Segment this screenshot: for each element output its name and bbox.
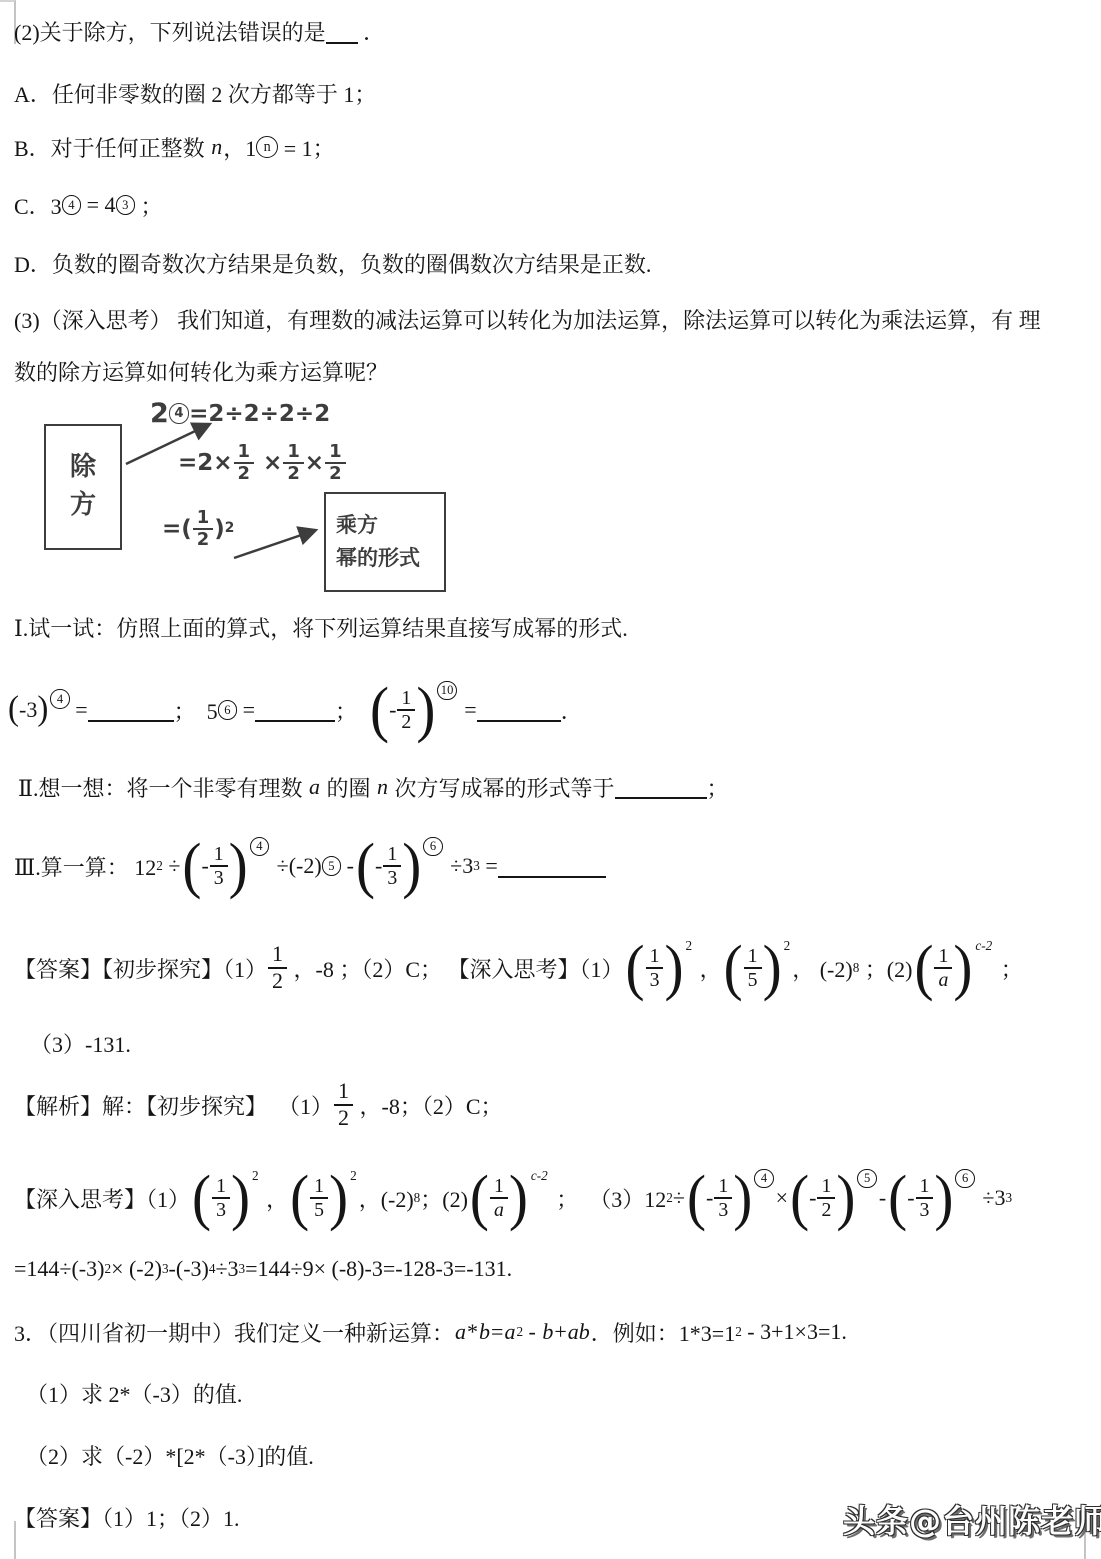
- answer-line-1: 【答案】【初步探究】（1）12 ，-8 ；（2）C； 【深入思考】（1）(13)…: [14, 920, 1023, 1016]
- text-run: = 1；: [278, 132, 334, 163]
- analysis-line-3: =144÷(-3)2× (-2)3-(-3)4÷33=144÷9× (-8)-3…: [14, 1256, 512, 1282]
- fraction-denominator: 3: [210, 865, 228, 889]
- fraction-body: -13: [201, 843, 228, 889]
- fraction: 12: [817, 1175, 835, 1221]
- fraction-numerator: 1: [310, 1175, 328, 1197]
- exponent: c-2: [974, 939, 993, 952]
- text-run: ，: [261, 1183, 289, 1214]
- fraction: 12: [234, 442, 254, 484]
- blank-underline: [88, 698, 174, 722]
- diagram-equation-1: 24=2÷2÷2÷2: [150, 398, 330, 429]
- paren-fraction-power: (15)2: [724, 945, 791, 991]
- exponent: 2: [350, 1169, 357, 1182]
- circled-superscript: 5: [322, 856, 341, 875]
- open-paren: (: [888, 1173, 907, 1223]
- text-run: Ⅱ.想一想：将一个非零有理数: [18, 772, 308, 803]
- fraction-denominator: 2: [334, 1104, 353, 1131]
- text-run: ×: [255, 450, 282, 476]
- fraction-body: 15: [743, 945, 763, 991]
- fraction: 13: [212, 1175, 230, 1221]
- text-run: D．负数的圈奇数次方结果是负数，负数的圈偶数次方结果是正数.: [14, 248, 651, 279]
- circled-superscript: 4: [62, 195, 81, 214]
- text-run: =144÷(-3): [14, 1256, 104, 1282]
- exponent: 6: [955, 1169, 974, 1188]
- exponent: 2: [784, 939, 791, 952]
- text-run: ；: [135, 190, 163, 221]
- fraction-numerator: 1: [212, 1175, 230, 1197]
- text-run: -: [879, 1185, 886, 1211]
- circled-4: 4: [250, 837, 269, 856]
- text-run: （1）求 2*（-3）的值.: [26, 1378, 242, 1409]
- circled-6: 6: [955, 1169, 974, 1188]
- fraction-body: 1a: [933, 945, 953, 991]
- open-paren: (: [724, 943, 743, 993]
- italic-variable: ab: [567, 1319, 591, 1345]
- fraction: 12: [268, 942, 287, 993]
- text-run: ，(-2): [359, 1183, 414, 1214]
- q2-option-a: A．任何非零数的圈 2 次方都等于 1；: [14, 78, 376, 109]
- fraction-numerator: 1: [193, 508, 213, 528]
- paren-fraction-power: (13)2: [192, 1175, 259, 1221]
- fraction-denominator: 3: [646, 967, 664, 991]
- paren-fraction-power: (-12)10: [370, 687, 457, 733]
- exponent: 4: [754, 1169, 773, 1188]
- circled-superscript: 6: [218, 700, 237, 719]
- diagram-equation-2: =2×12 ×12×12: [178, 442, 347, 484]
- fraction-body: -12: [389, 687, 416, 733]
- open-paren: (: [626, 943, 645, 993]
- text-run: -: [523, 1319, 541, 1345]
- superscript: 2: [516, 1325, 523, 1338]
- fraction-numerator: 1: [268, 942, 287, 967]
- open-paren: (: [687, 1173, 706, 1223]
- fraction-body: 13: [645, 945, 665, 991]
- open-paren: (: [914, 943, 933, 993]
- text-run: ×: [305, 450, 324, 476]
- exponent-text: c-2: [530, 1168, 549, 1183]
- text-run: ； 5: [174, 695, 218, 726]
- italic-variable: n: [376, 774, 389, 800]
- document-page: (2)关于除方，下列说法错误的是 ．A．任何非零数的圈 2 次方都等于 1；B．…: [0, 0, 1101, 1559]
- fraction-numerator: 1: [646, 945, 664, 967]
- deep-think-intro-1: (3)（深入思考） 我们知道，有理数的减法运算可以转化为加法运算，除法运算可以转…: [14, 304, 1041, 335]
- text-run: ；: [707, 772, 729, 803]
- diagram-box-power-line1: 乘方: [336, 509, 378, 542]
- minus-sign: -: [389, 697, 396, 723]
- fraction-numerator: 1: [817, 1175, 835, 1197]
- fraction: 15: [744, 945, 762, 991]
- fraction: 13: [714, 1175, 732, 1221]
- close-paren: ): [934, 1173, 953, 1223]
- circled-5: 5: [857, 1169, 876, 1188]
- fraction-body: -12: [809, 1175, 836, 1221]
- fraction-numerator: 1: [283, 442, 303, 462]
- exponent: 6: [423, 837, 442, 856]
- circled-4: 4: [169, 403, 189, 423]
- fraction: 13: [383, 843, 401, 889]
- open-paren: (: [470, 1173, 489, 1223]
- circled-4: 4: [754, 1169, 773, 1188]
- fraction-numerator: 1: [916, 1175, 934, 1197]
- superscript: 8: [853, 961, 860, 974]
- exponent-text: 2: [350, 1168, 357, 1183]
- fraction-numerator: 1: [744, 945, 762, 967]
- exponent-text: 2: [252, 1168, 259, 1183]
- close-paren: ): [836, 1173, 855, 1223]
- prob3-part2: （2）求（-2）*[2*（-3）]的值.: [26, 1440, 314, 1471]
- close-paren: ): [733, 1173, 752, 1223]
- paren-fraction-power: (-13)4: [182, 843, 269, 889]
- text-run: -(-3): [169, 1256, 209, 1282]
- fraction-denominator: a: [934, 967, 952, 991]
- fraction-numerator: 1: [397, 687, 415, 709]
- q2-option-b: B．对于任何正整数 n，1n = 1；: [14, 126, 335, 168]
- blank-underline: [326, 19, 358, 43]
- diagram-box-division-line2: 方: [70, 487, 96, 525]
- text-run: 【答案】（1）1；（2）1.: [14, 1502, 240, 1533]
- text-run: +: [554, 1319, 566, 1345]
- text-run: 【答案】【初步探究】（1）: [14, 953, 267, 984]
- fraction-denominator: 2: [193, 528, 213, 550]
- circled-superscript: 3: [116, 195, 135, 214]
- exponent: 2: [252, 1169, 259, 1182]
- text-run: （2）求（-2）*[2*（-3）]的值.: [26, 1440, 314, 1471]
- q2-option-d: D．负数的圈奇数次方结果是负数，负数的圈偶数次方结果是正数.: [14, 248, 651, 279]
- fraction: 13: [916, 1175, 934, 1221]
- fraction: 1a: [934, 945, 952, 991]
- italic-variable: b: [541, 1319, 554, 1345]
- circled-inline: n: [256, 136, 278, 158]
- open-paren: (: [370, 685, 389, 735]
- superscript: 3: [162, 1262, 169, 1275]
- text-run: ÷(-2): [271, 853, 322, 879]
- fraction-denominator: 2: [397, 709, 415, 733]
- superscript: 2: [735, 1325, 742, 1338]
- close-paren: ): [953, 943, 972, 993]
- text-run: =(: [162, 516, 192, 542]
- minus-sign: -: [907, 1185, 914, 1211]
- superscript: 2: [225, 522, 235, 536]
- exponent-text: 2: [784, 938, 791, 953]
- exponent-text: c-2: [974, 938, 993, 953]
- text-run: B．对于任何正整数: [14, 132, 210, 163]
- circled-5: 5: [322, 856, 341, 875]
- close-paren: ): [402, 841, 421, 891]
- fraction: 12: [193, 508, 213, 550]
- sec1-try-title: Ⅰ.试一试：仿照上面的算式，将下列运算结果直接写成幂的形式.: [14, 612, 628, 643]
- text-run: ，-8；（2）C；: [354, 1090, 503, 1121]
- close-paren: ): [329, 1173, 348, 1223]
- fraction-body: 1a: [489, 1175, 509, 1221]
- italic-variable: a: [454, 1319, 467, 1345]
- exponent: 4: [250, 837, 269, 856]
- diagram-box-division-power: 除 方: [44, 424, 122, 550]
- paren-text-power: (-3)4: [8, 695, 70, 725]
- open-paren: (: [790, 1173, 809, 1223]
- prob3-def: 3．（四川省初一期中）我们定义一种新运算：a*b=a2 - b+ab．例如：1*…: [14, 1314, 847, 1350]
- text-run: ÷3: [215, 1256, 238, 1282]
- circled-6: 6: [218, 700, 237, 719]
- close-paren: ): [509, 1173, 528, 1223]
- text-run: 【深入思考】（1）: [14, 1183, 190, 1214]
- text-run: ， (-2): [792, 953, 852, 984]
- text-run: = 4: [81, 192, 115, 218]
- diagram-box-power-line2: 幂的形式: [336, 542, 420, 575]
- text-run: Ⅲ.算一算： 12: [14, 851, 156, 882]
- fraction-numerator: 1: [210, 843, 228, 865]
- superscript: 2: [666, 1191, 673, 1204]
- q2-option-c: C．34 = 43 ；: [14, 180, 162, 230]
- fraction-denominator: 2: [283, 462, 303, 484]
- watermark: 头条@台州陈老师: [843, 1496, 1101, 1542]
- text-run: 3．（四川省初一期中）我们定义一种新运算：: [14, 1317, 454, 1348]
- minus-sign: -: [201, 853, 208, 879]
- close-paren: ): [763, 943, 782, 993]
- fraction-denominator: a: [490, 1197, 508, 1221]
- text-run: =: [491, 1319, 503, 1345]
- fraction-numerator: 1: [234, 442, 254, 462]
- close-paren: ): [231, 1173, 250, 1223]
- prob3-part1: （1）求 2*（-3）的值.: [26, 1378, 242, 1409]
- diagram-box-power-form: 乘方 幂的形式: [324, 492, 446, 592]
- paren-fraction-power: (1a)c-2: [470, 1175, 549, 1221]
- arrow-to-power-form-icon: [234, 530, 316, 558]
- fraction-body: -13: [706, 1175, 733, 1221]
- text-run: 数的除方运算如何转化为乘方运算呢？: [14, 356, 388, 387]
- exponent-text: 2: [686, 938, 693, 953]
- open-paren: (: [182, 841, 201, 891]
- close-paren: ): [416, 685, 435, 735]
- paren-fraction-power: (13)2: [626, 945, 693, 991]
- circled-n: n: [256, 136, 278, 158]
- text-run: ．: [358, 16, 386, 47]
- text-run: Ⅰ.试一试：仿照上面的算式，将下列运算结果直接写成幂的形式.: [14, 612, 628, 643]
- superscript: 3: [239, 1262, 246, 1275]
- open-paren: (: [192, 1173, 211, 1223]
- close-paren: ): [664, 943, 683, 993]
- fraction: 15: [310, 1175, 328, 1221]
- text-run: =: [480, 853, 498, 879]
- fraction: 12: [325, 442, 345, 484]
- text-run: *: [467, 1319, 478, 1345]
- superscript: 2: [156, 859, 163, 872]
- text-run: 的圈: [321, 772, 376, 803]
- fraction-denominator: 5: [310, 1197, 328, 1221]
- text-run: ； （3）12: [551, 1183, 667, 1214]
- text-run: ．例如：1*3=1: [591, 1317, 735, 1348]
- sec3-calc-line: Ⅲ.算一算： 122 ÷(-13)4 ÷(-2)5 -(-13)6 ÷33 =: [14, 818, 606, 914]
- blank-underline: [255, 698, 335, 722]
- open-paren: (: [356, 841, 375, 891]
- fraction-numerator: 1: [714, 1175, 732, 1197]
- q2-stem: (2)关于除方，下列说法错误的是 ．: [14, 16, 385, 47]
- italic-variable: n: [210, 134, 223, 160]
- text-run: ；(2): [859, 953, 912, 984]
- close-paren: ): [229, 841, 248, 891]
- italic-variable: a: [308, 774, 321, 800]
- fraction-denominator: 3: [212, 1197, 230, 1221]
- fraction-denominator: 2: [817, 1197, 835, 1221]
- minus-sign: -: [706, 1185, 713, 1211]
- text-run: (3)（深入思考） 我们知道，有理数的减法运算可以转化为加法运算，除法运算可以转…: [14, 304, 1041, 335]
- text-run: =: [70, 697, 88, 723]
- paren-fraction-power: (15)2: [290, 1175, 357, 1221]
- text-run: ，-8 ；（2）C； 【深入思考】（1）: [288, 953, 624, 984]
- blank-underline: [498, 854, 606, 878]
- text-run: =144÷9× (-8)-3=-128-3=-131.: [245, 1256, 512, 1282]
- fraction-numerator: 1: [934, 945, 952, 967]
- text-run: =2÷2÷2÷2: [189, 401, 330, 427]
- paren-fraction-power: (1a)c-2: [914, 945, 993, 991]
- text-run: =2×: [178, 450, 233, 476]
- fraction-denominator: 5: [744, 967, 762, 991]
- superscript: 8: [414, 1191, 421, 1204]
- fraction: 1a: [490, 1175, 508, 1221]
- circled-4: 4: [50, 689, 69, 708]
- sec1-try-formulas: (-3)4 =； 56 =； (-12)10 =．: [8, 662, 583, 758]
- circled-4: 4: [62, 195, 81, 214]
- text-run: ÷: [673, 1185, 685, 1211]
- fraction-denominator: 2: [325, 462, 345, 484]
- analysis-line-2: 【深入思考】（1）(13)2 ，(15)2，(-2)8；(2)(1a)c-2 ；…: [14, 1150, 1012, 1246]
- superscript: 3: [473, 859, 480, 872]
- fraction-denominator: 3: [383, 865, 401, 889]
- text-run: - 3+1×3=1.: [742, 1319, 847, 1345]
- superscript: 2: [104, 1262, 111, 1275]
- exponent: 2: [686, 939, 693, 952]
- fraction-numerator: 1: [334, 1079, 353, 1104]
- text-run: ，: [694, 953, 722, 984]
- blank-underline: [615, 775, 707, 799]
- text-run: ): [214, 516, 225, 542]
- fraction-denominator: 3: [714, 1197, 732, 1221]
- text-run: × (-2): [111, 1256, 162, 1282]
- text-run: 【解析】解：【初步探究】 （1）: [14, 1090, 333, 1121]
- fraction: 13: [646, 945, 664, 991]
- paren-fraction-power: (-13)6: [356, 843, 443, 889]
- superscript: 4: [209, 1262, 216, 1275]
- text-run: A．任何非零数的圈 2 次方都等于 1；: [14, 78, 376, 109]
- circled-10: 10: [437, 681, 456, 700]
- fraction-body: -13: [907, 1175, 934, 1221]
- text-run: ．: [561, 695, 583, 726]
- text-run: C．3: [14, 190, 62, 221]
- base-text: -3: [19, 697, 37, 723]
- superscript: 3: [1005, 1191, 1012, 1204]
- open-paren: (: [290, 1173, 309, 1223]
- text-run: ÷3: [977, 1185, 1006, 1211]
- text-run: ；(2): [420, 1183, 468, 1214]
- minus-sign: -: [809, 1185, 816, 1211]
- blank-underline: [477, 698, 561, 722]
- text-run: （3）-131.: [30, 1028, 131, 1059]
- paren-fraction-power: (-12)5: [790, 1175, 877, 1221]
- open-paren: (: [8, 694, 19, 725]
- text-run: ÷: [163, 853, 181, 879]
- text-run: =: [237, 697, 255, 723]
- minus-sign: -: [375, 853, 382, 879]
- fraction-numerator: 1: [325, 442, 345, 462]
- prob3-answer: 【答案】（1）1；（2）1.: [14, 1502, 240, 1533]
- text-run: ；: [995, 953, 1023, 984]
- text-run: (2)关于除方，下列说法错误的是: [14, 16, 326, 47]
- paren-fraction-power: (-13)6: [888, 1175, 975, 1221]
- text-run: 2: [150, 398, 169, 429]
- paren-fraction-power: (-13)4: [687, 1175, 774, 1221]
- fraction-denominator: 2: [234, 462, 254, 484]
- italic-variable: b: [478, 1319, 491, 1345]
- exponent: 4: [50, 689, 69, 708]
- text-run: ÷3: [445, 853, 474, 879]
- circled-3: 3: [116, 195, 135, 214]
- text-run: ，1: [223, 132, 256, 163]
- fraction: 12: [397, 687, 415, 733]
- fraction-body: -13: [375, 843, 402, 889]
- fraction: 13: [210, 843, 228, 889]
- sec2-think-line: Ⅱ.想一想：将一个非零有理数 a 的圈 n 次方写成幂的形式等于；: [18, 766, 729, 808]
- circled-superscript: 4: [169, 403, 189, 423]
- division-power-diagram: 除 方 24=2÷2÷2÷2 =2×12 ×12×12 =(12)2 乘方 幂的…: [38, 396, 478, 604]
- exponent: c-2: [530, 1169, 549, 1182]
- exponent: 5: [857, 1169, 876, 1188]
- exponent: 10: [437, 681, 456, 700]
- fraction: 12: [283, 442, 303, 484]
- italic-variable: a: [503, 1319, 516, 1345]
- text-run: -: [341, 853, 354, 879]
- fraction-denominator: 3: [916, 1197, 934, 1221]
- close-paren: ): [37, 694, 48, 725]
- fraction-numerator: 1: [383, 843, 401, 865]
- text-run: =: [459, 697, 477, 723]
- circled-6: 6: [423, 837, 442, 856]
- fraction-numerator: 1: [490, 1175, 508, 1197]
- text-run: ；: [335, 695, 368, 726]
- deep-think-intro-2: 数的除方运算如何转化为乘方运算呢？: [14, 356, 388, 387]
- fraction-body: 13: [211, 1175, 231, 1221]
- text-run: 次方写成幂的形式等于: [389, 772, 615, 803]
- diagram-box-division-line1: 除: [70, 449, 96, 487]
- text-run: ×: [776, 1185, 788, 1211]
- answer-line-2: （3）-131.: [30, 1028, 131, 1059]
- diagram-equation-3: =(12)2: [162, 508, 234, 550]
- fraction: 12: [334, 1079, 353, 1130]
- analysis-line-1: 【解析】解：【初步探究】 （1）12 ，-8；（2）C；: [14, 1066, 503, 1144]
- fraction-body: 15: [309, 1175, 329, 1221]
- fraction-denominator: 2: [268, 967, 287, 994]
